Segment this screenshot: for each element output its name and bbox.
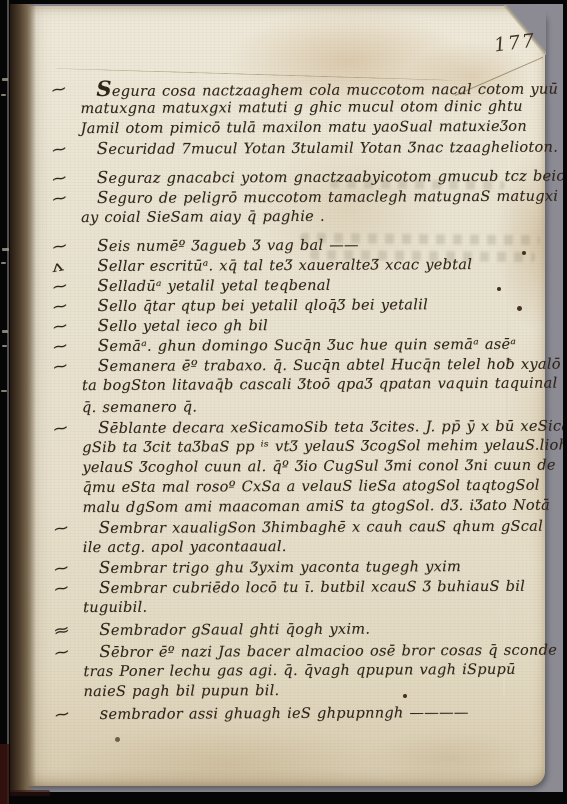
margin-tick: ~ bbox=[50, 315, 71, 338]
margin-tick: ~ bbox=[50, 295, 71, 318]
dictionary-entry-line: q̄mu eSta mal rosoº CxSa a velauS lieSa … bbox=[18, 476, 545, 499]
frame-edge bbox=[563, 0, 567, 804]
dictionary-entry-line: ~Selladūᵃ yetalil yetal teqbenal bbox=[17, 274, 544, 297]
margin-tick: ~ bbox=[50, 355, 71, 378]
dictionary-entry-line: q̄. semanero q̄. bbox=[18, 396, 545, 419]
dictionary-entry-line: malu dgSom ami maacoman amiS ta gtogSol.… bbox=[19, 496, 546, 519]
binding-corner bbox=[0, 744, 9, 804]
dictionary-entry-line: ile actg. apol yacontaaual. bbox=[19, 536, 546, 559]
entry-text: tras Poner lechu gas agi. q̄. q̄vagh qpu… bbox=[83, 660, 515, 682]
dictionary-entry-line: ~Seis numēº Ʒagueb Ʒ vag bal —— bbox=[17, 234, 544, 257]
margin-tick: ~ bbox=[48, 78, 69, 101]
dictionary-entry-line: ~Sello yetal ieco gh bil bbox=[18, 314, 545, 337]
entry-text: Sembrador gSaual ghti q̄ogh yxim. bbox=[99, 619, 370, 641]
dictionary-entry-line: yelauS Ʒcoghol cuun al. q̄º Ʒio CugSul Ʒ… bbox=[18, 456, 545, 479]
entry-text: Sello yetal ieco gh bil bbox=[98, 315, 268, 337]
entry-text: Selladūᵃ yetalil yetal teqbenal bbox=[97, 275, 330, 297]
dictionary-entry-line: tras Poner lechu gas agi. q̄. q̄vagh qpu… bbox=[19, 660, 546, 683]
book-binding-edge bbox=[10, 4, 36, 792]
entry-text: ta bogSton litavaq̄b cascali Ʒtoō qpaƷ q… bbox=[82, 374, 558, 396]
margin-tick: ~ bbox=[50, 335, 71, 358]
dictionary-entry-line: ~Securidad 7mucul Yotan Ʒtulamil Yotan Ʒ… bbox=[17, 137, 544, 160]
dictionary-entry-line: ~Sello q̄tar qtup bei yetalil qloq̄Ʒ bei… bbox=[17, 294, 544, 317]
frame-edge bbox=[0, 792, 567, 804]
frame-highlight bbox=[7, 0, 9, 804]
margin-tick: ~ bbox=[51, 517, 72, 540]
margin-tick: ʌ bbox=[50, 255, 65, 277]
dictionary-entry-line: ~Sembrar xaualigSon Ʒhimbaghē x cauh cau… bbox=[19, 516, 546, 539]
entry-text: Securidad 7mucul Yotan Ʒtulamil Yotan Ʒn… bbox=[97, 137, 559, 160]
manuscript-page: 177 ~Segura cosa nactzaaghem cola muccot… bbox=[18, 6, 545, 786]
margin-tick: ~ bbox=[50, 417, 71, 440]
dictionary-entry-line: ~Segura cosa nactzaaghem cola muccotom n… bbox=[16, 77, 543, 100]
dictionary-entry-line: matuxgna matuxgxi matuti g ghic mucul ot… bbox=[16, 97, 543, 120]
margin-tick: ~ bbox=[49, 275, 70, 298]
margin-tick: ~ bbox=[51, 641, 72, 664]
dictionary-entry-line: ~sembrador assi ghuagh ieS ghpupnngh ———… bbox=[20, 702, 547, 725]
dictionary-entry-line: naieS pagh bil pupun bil. bbox=[19, 680, 546, 703]
ink-blot bbox=[403, 694, 407, 698]
entry-text: tuguibil. bbox=[83, 598, 147, 618]
dictionary-entry-line: Jamil otom pimicō tulā maxilon matu yaoS… bbox=[17, 117, 544, 140]
dictionary-entry-line: ~Sēblante decara xeSicamoSib teta Ʒcites… bbox=[18, 416, 545, 439]
margin-tick: ~ bbox=[51, 577, 72, 600]
ink-blot bbox=[115, 737, 120, 742]
margin-tick: ~ bbox=[49, 138, 70, 161]
dictionary-entry-line: ~Semanera ēº trabaxo. q̄. Sucq̄n abtel H… bbox=[18, 354, 545, 377]
dictionary-entry-line: ay coial SieSam aiay q̄ paghie . bbox=[17, 206, 544, 229]
ink-blot bbox=[517, 306, 522, 311]
entry-text: q̄mu eSta mal rosoº CxSa a velauS lieSa … bbox=[82, 476, 539, 498]
margin-tick: ≈ bbox=[51, 619, 72, 642]
dictionary-entry-line: ta bogSton litavaq̄b cascali Ʒtoō qpaƷ q… bbox=[18, 374, 545, 397]
entry-text: matuxgna matuxgxi matuti g ghic mucul ot… bbox=[80, 97, 522, 119]
margin-tick: ~ bbox=[49, 167, 70, 190]
entry-text: ay coial SieSam aiay q̄ paghie . bbox=[81, 207, 325, 228]
binding-corner bbox=[10, 790, 50, 796]
dictionary-entry-line: ~Seguro de peligrō muccotom tamaclegh ma… bbox=[17, 186, 544, 209]
entry-text: q̄. semanero q̄. bbox=[82, 397, 197, 418]
dictionary-entry-line: ~Sembrar cubriēdo locō tu ī. butbil xcau… bbox=[19, 576, 546, 599]
dictionary-entry-line: ~Semāᵃ. ghun domingo Sucq̄n Ʒuc hue quin… bbox=[18, 334, 545, 357]
entry-text: sembrador assi ghuagh ieS ghpupnngh ———— bbox=[100, 702, 469, 725]
dictionary-entry-line: tuguibil. bbox=[19, 596, 546, 619]
dictionary-entry-line: ~Seguraz gnacabci yotom gnactzaabyicotom… bbox=[17, 166, 544, 189]
entry-text: malu dgSom ami maacoman amiS ta gtogSol.… bbox=[83, 496, 551, 518]
ink-blot bbox=[522, 251, 526, 255]
text-block: ~Segura cosa nactzaaghem cola muccotom n… bbox=[16, 77, 546, 725]
dictionary-entry-line: ʌSellar escritūᵃ. xq̄ tal teƷ xaueralteƷ… bbox=[17, 254, 544, 277]
entry-text: gSib ta Ʒcit taƷbaS pp ⁱˢ vtƷ yelauS Ʒco… bbox=[82, 435, 567, 458]
manuscript-photo: 177 ~Segura cosa nactzaaghem cola muccot… bbox=[0, 0, 567, 804]
frame-edge bbox=[0, 0, 567, 4]
entry-text: naieS pagh bil pupun bil. bbox=[83, 681, 279, 702]
margin-tick: ~ bbox=[52, 703, 73, 726]
dictionary-entry-line: ~Sembrar trigo ghu Ʒyxim yaconta tugegh … bbox=[19, 556, 546, 579]
entry-text: yelauS Ʒcoghol cuun al. q̄º Ʒio CugSul Ʒ… bbox=[82, 456, 555, 478]
margin-tick: ~ bbox=[49, 187, 70, 210]
entry-text: Seis numēº Ʒagueb Ʒ vag bal —— bbox=[97, 235, 359, 257]
dictionary-entry-line: ≈Sembrador gSaual ghti q̄ogh yxim. bbox=[19, 618, 546, 641]
entry-text: Jamil otom pimicō tulā maxilon matu yaoS… bbox=[81, 117, 527, 139]
dictionary-entry-line: gSib ta Ʒcit taƷbaS pp ⁱˢ vtƷ yelauS Ʒco… bbox=[18, 436, 545, 459]
dictionary-entry-line: ~Sēbror ēº nazi Jas bacer almacioo osē b… bbox=[19, 640, 546, 663]
entry-text: ile actg. apol yacontaaual. bbox=[83, 537, 287, 558]
margin-tick: ~ bbox=[49, 235, 70, 258]
ink-blot bbox=[497, 287, 501, 291]
margin-tick: ~ bbox=[51, 557, 72, 580]
